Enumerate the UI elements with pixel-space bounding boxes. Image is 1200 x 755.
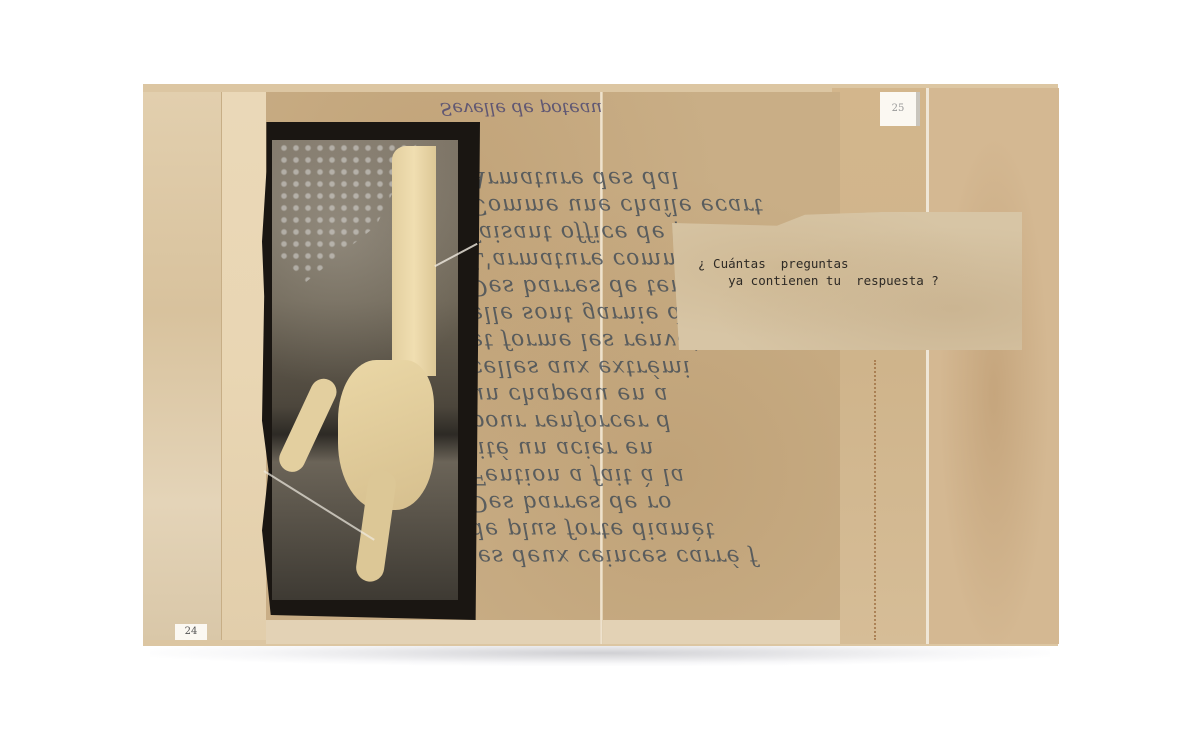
dotted-stain-line	[874, 360, 876, 640]
left-paper-strip	[143, 92, 221, 640]
page-number-left: 24	[175, 624, 207, 640]
handwritten-line: lité un acier en	[470, 435, 830, 462]
right-paper-page	[926, 88, 1059, 644]
handwritten-title: Sevelle de poteau	[440, 98, 640, 119]
handwritten-line: Armature des dal	[470, 165, 830, 192]
handwritten-line: un chapeau en a	[470, 381, 830, 408]
page-number-right: 25	[880, 92, 916, 126]
letter-bottom-edge	[266, 620, 840, 644]
label-line-2: ya contienen tu respuesta ?	[698, 273, 939, 288]
page-number-tab-edge	[916, 92, 920, 126]
handwritten-line: Fention a fait à la	[470, 462, 830, 489]
handwritten-line: les deux ceinces carré f	[470, 543, 830, 570]
label-line-1: ¿ Cuántas preguntas	[698, 256, 849, 271]
handwritten-line: pour renforcer d	[470, 408, 830, 435]
handwritten-line: celles aux extrémi	[470, 354, 830, 381]
right-paper-strip	[832, 88, 926, 644]
handwritten-line: Des barres de ro	[470, 489, 830, 516]
handwritten-line: de plus forte diamèt	[470, 516, 830, 543]
photo-arm	[392, 146, 436, 376]
handwritten-text-block: les deux ceinces carré f de plus forte d…	[470, 150, 830, 570]
typewritten-question: ¿ Cuántas preguntas ya contienen tu resp…	[698, 255, 939, 289]
handwritten-line: Comme une chaîle ecart	[470, 192, 830, 219]
